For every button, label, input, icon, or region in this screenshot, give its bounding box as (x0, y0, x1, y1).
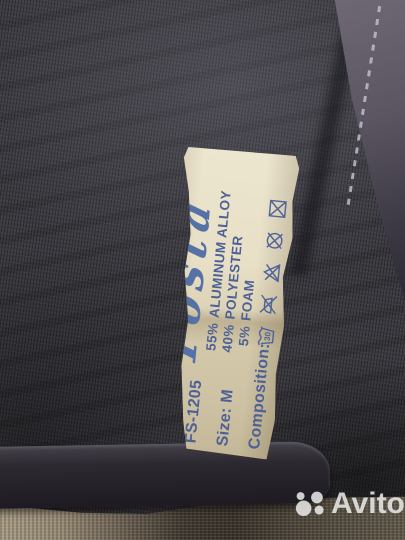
avito-wordmark: Avito (331, 487, 405, 521)
avito-logo-icon (295, 490, 326, 518)
do-not-dry-clean-icon (262, 228, 287, 253)
photo-scene: Fosta® FS-1205 Size: M Composition: 55%A… (0, 0, 405, 540)
do-not-bleach-icon (259, 260, 284, 285)
avito-watermark: Avito (295, 487, 405, 521)
garment-hem-fold (0, 441, 331, 509)
wash-30-icon: 30 (253, 324, 278, 349)
svg-text:30: 30 (263, 331, 273, 341)
do-not-iron-icon (256, 292, 281, 317)
do-not-tumble-dry-icon (265, 196, 290, 221)
